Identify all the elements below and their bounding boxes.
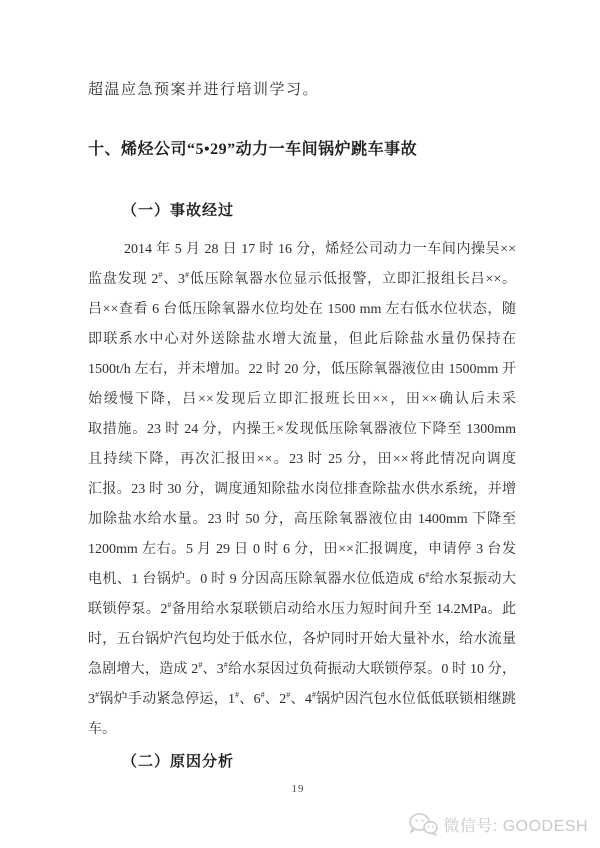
paragraph-line: 1500t/h 左右，并未增加。22 时 20 分，低压除氧器液位由 1500m… <box>88 355 516 385</box>
section-heading-cause-analysis: （二）原因分析 <box>122 752 234 772</box>
section-heading-accident-course: （一）事故经过 <box>122 201 234 221</box>
intro-paragraph-tail: 超温应急预案并进行培训学习。 <box>88 80 516 100</box>
paragraph-line: 2014 年 5 月 28 日 17 时 16 分，烯烃公司动力一车间内操吴×× <box>88 235 516 265</box>
paragraph-line: 1200mm 左右。5 月 29 日 0 时 6 分，田××汇报调度，申请停 3… <box>88 535 516 565</box>
paragraph-line: 联锁停泵。2#备用给水泵联锁启动给水压力短时间升至 14.2MPa。此 <box>88 595 516 625</box>
wechat-watermark: 微信号: GOODESH <box>408 812 588 836</box>
narrative-paragraph: 2014 年 5 月 28 日 17 时 16 分，烯烃公司动力一车间内操吴××… <box>88 235 516 745</box>
paragraph-line: 取措施。23 时 24 分，内操王×发现低压除氧器液位下降至 1300mm <box>88 415 516 445</box>
paragraph-line: 时，五台锅炉汽包均处于低水位，各炉同时开始大量补水，给水流量 <box>88 625 516 655</box>
paragraph-line: 电机、1 台锅炉。0 时 9 分因高压除氧器水位低造成 6#给水泵振动大 <box>88 565 516 595</box>
paragraph-line: 车。 <box>88 715 516 745</box>
wechat-icon <box>408 812 438 836</box>
paragraph-line: 且持续下降，再次汇报田××。23 时 25 分，田××将此情况向调度 <box>88 445 516 475</box>
paragraph-line: 即联系水中心对外送除盐水增大流量，但此后除盐水量仍保持在 <box>88 325 516 355</box>
paragraph-line: 监盘发现 2#、3#低压除氧器水位显示低报警，立即汇报组长吕××。 <box>88 265 516 295</box>
paragraph-line: 急剧增大，造成 2#、3#给水泵因过负荷振动大联锁停泵。0 时 10 分， <box>88 655 516 685</box>
document-page: 超温应急预案并进行培训学习。 十、烯烃公司“5•29”动力一车间锅炉跳车事故 （… <box>0 0 600 848</box>
paragraph-line: 3#锅炉手动紧急停运，1#、6#、2#、4#锅炉因汽包水位低低联锁相继跳 <box>88 685 516 715</box>
chapter-heading: 十、烯烃公司“5•29”动力一车间锅炉跳车事故 <box>88 139 558 161</box>
paragraph-line: 加除盐水给水量。23 时 50 分，高压除氧器液位由 1400mm 下降至 <box>88 505 516 535</box>
paragraph-line: 汇报。23 时 30 分，调度通知除盐水岗位排查除盐水供水系统，并增 <box>88 475 516 505</box>
watermark-label: 微信号: GOODESH <box>443 813 588 836</box>
page-number: 19 <box>0 783 596 795</box>
paragraph-line: 吕××查看 6 台低压除氧器水位均处在 1500 mm 左右低水位状态，随 <box>88 295 516 325</box>
paragraph-line: 始缓慢下降，吕××发现后立即汇报班长田××，田××确认后未采 <box>88 385 516 415</box>
